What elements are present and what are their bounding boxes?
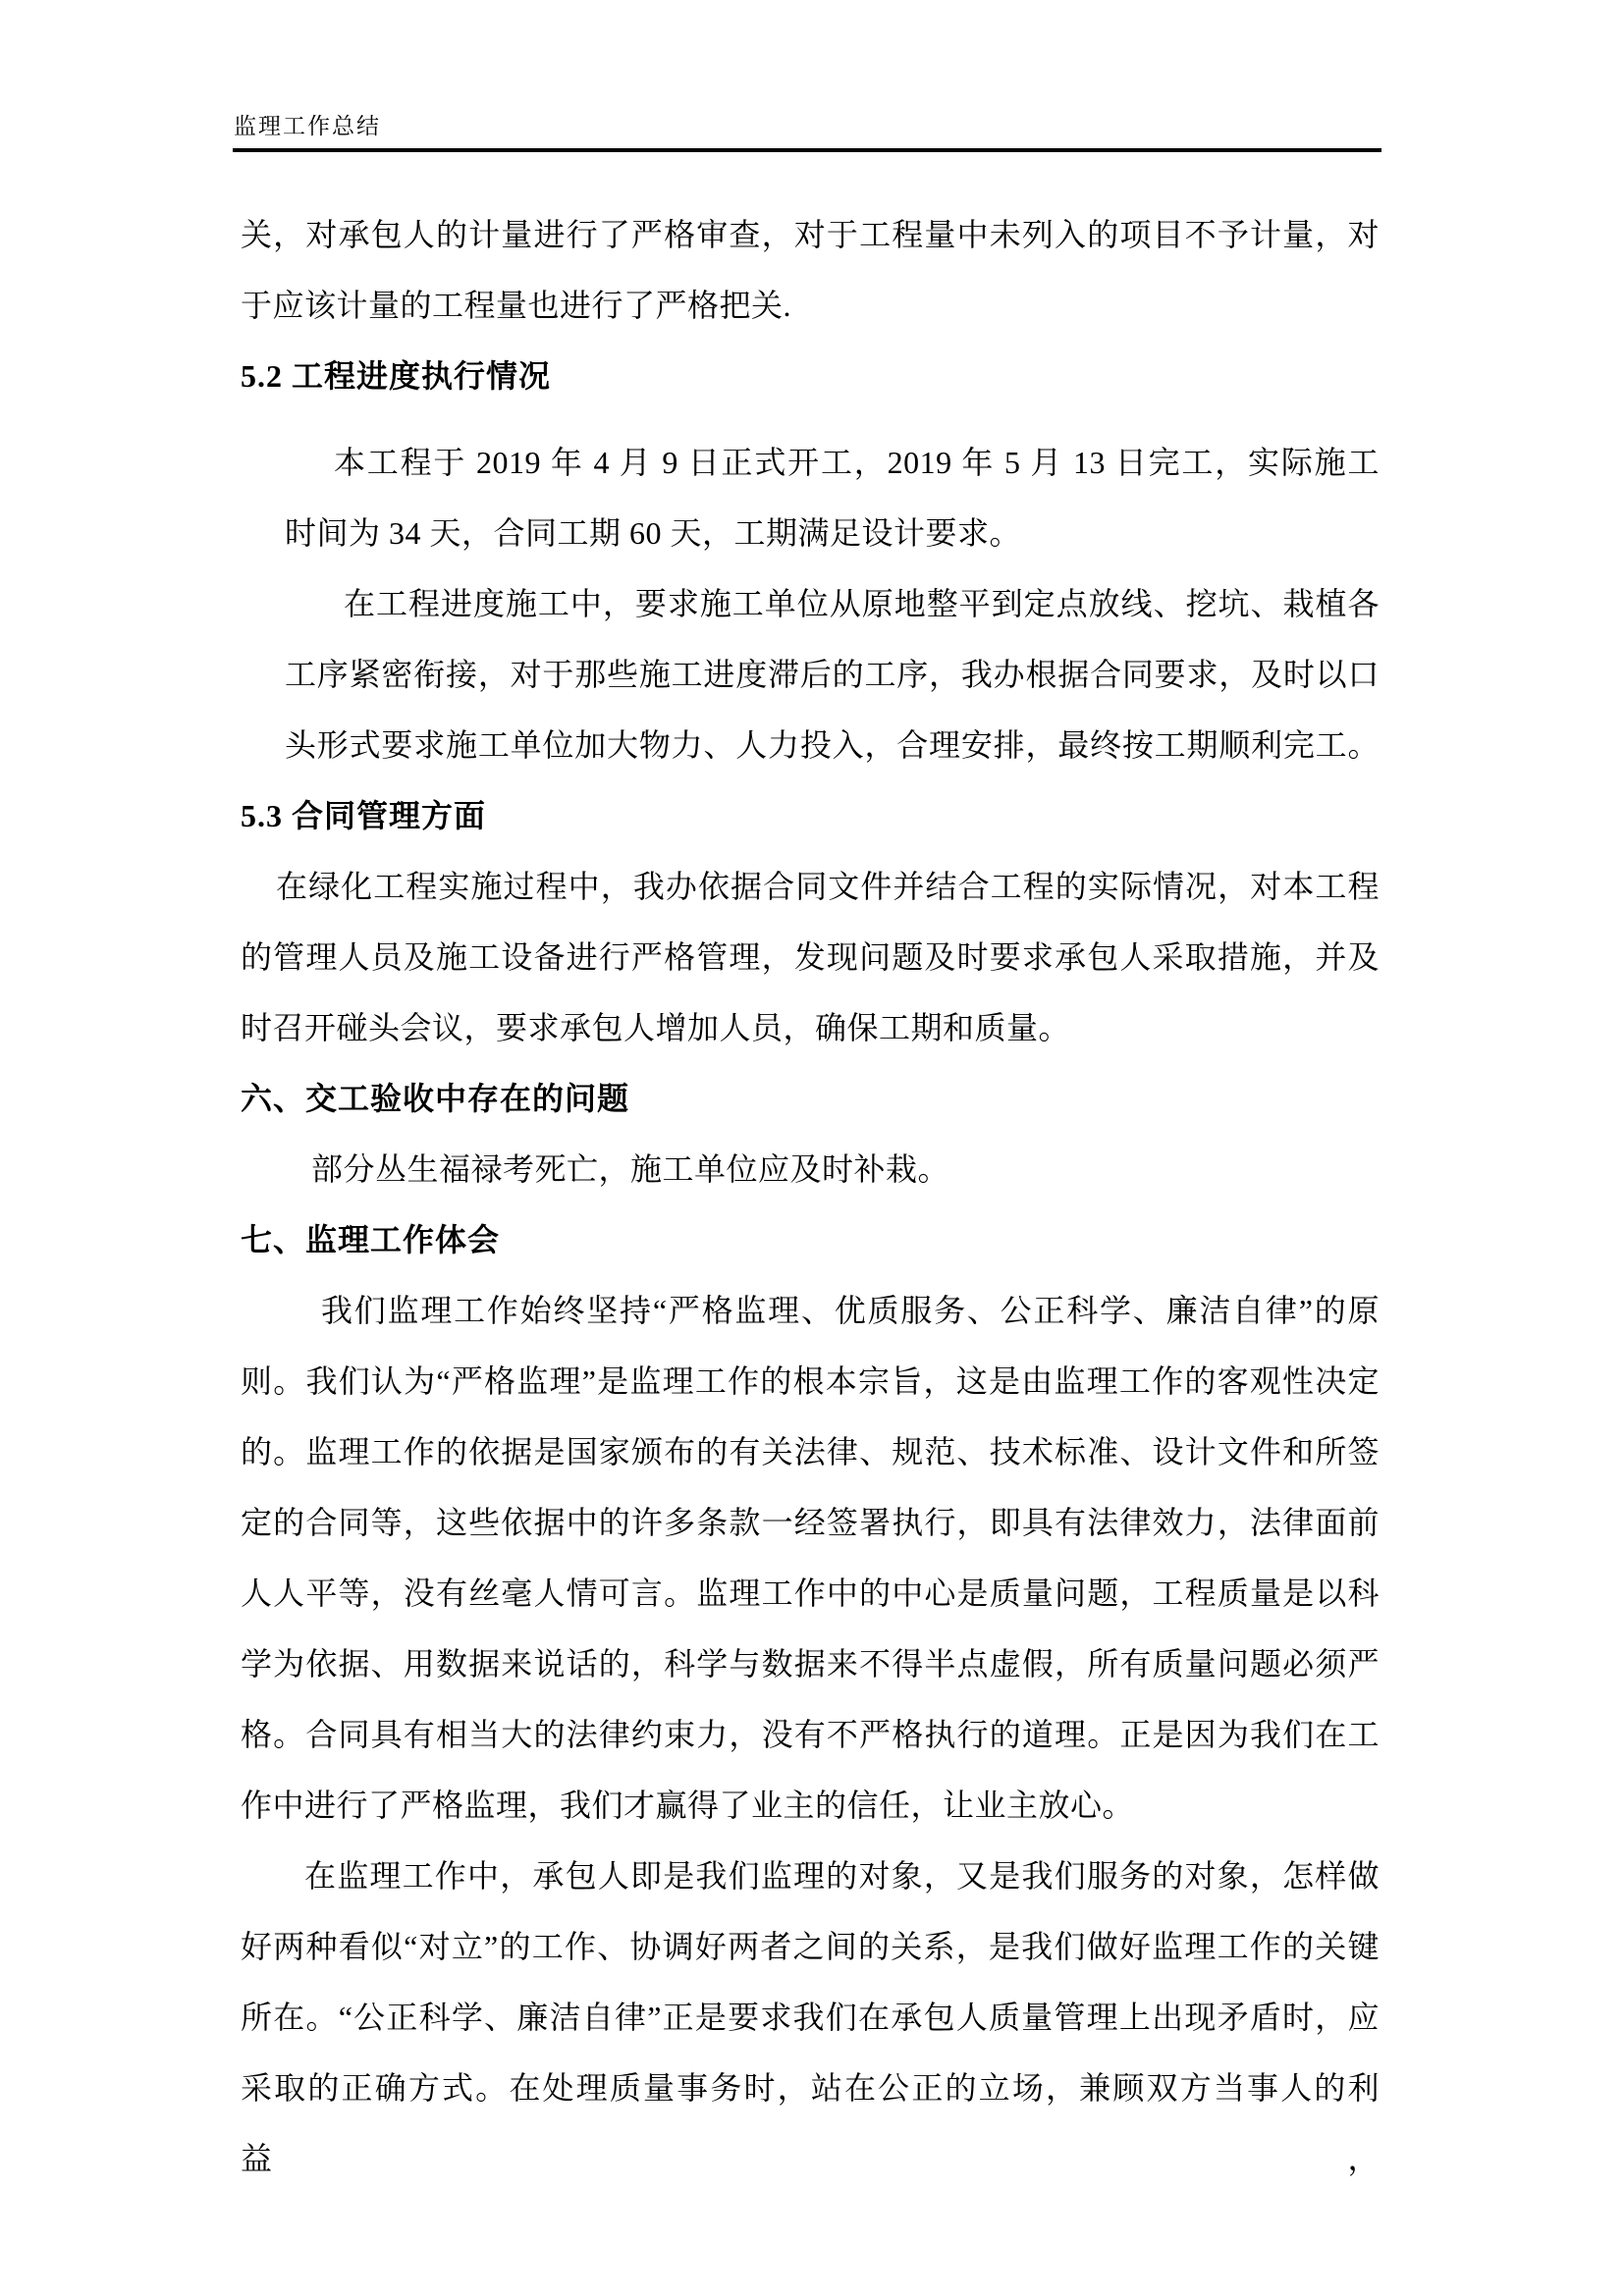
section-heading: 5.2 工程进度执行情况 <box>241 341 1380 411</box>
text-line: 于应该计量的工程量也进行了严格把关. <box>241 270 1380 341</box>
paragraph: 在工程进度施工中，要求施工单位从原地整平到定点放线、挖坑、栽植各工序紧密衔接，对… <box>241 568 1380 780</box>
document-body: 关，对承包人的计量进行了严格审查，对于工程量中未列入的项目不予计量，对于应该计量… <box>241 199 1380 2123</box>
text-line: 的。监理工作的依据是国家颁布的有关法律、规范、技术标准、设计文件和所签 <box>241 1416 1380 1487</box>
text-line: 在监理工作中，承包人即是我们监理的对象，又是我们服务的对象，怎样做 <box>304 1841 1380 1911</box>
heading-line: 5.2 工程进度执行情况 <box>241 341 1380 411</box>
heading-line: 5.3 合同管理方面 <box>241 780 1380 851</box>
text-line: 则。我们认为“严格监理”是监理工作的根本宗旨，这是由监理工作的客观性决定 <box>241 1346 1380 1416</box>
text-line: 部分丛生福禄考死亡，施工单位应及时补栽。 <box>311 1134 1380 1204</box>
text-line: 头形式要求施工单位加大物力、人力投入，合理安排，最终按工期顺利完工。 <box>285 710 1380 780</box>
text-line: 的管理人员及施工设备进行严格管理，发现问题及时要求承包人采取措施，并及 <box>241 922 1380 992</box>
text-line: 所在。“公正科学、廉洁自律”正是要求我们在承包人质量管理上出现矛盾时，应 <box>241 1982 1380 2053</box>
paragraph: 本工程于 2019 年 4 月 9 日正式开工，2019 年 5 月 13 日完… <box>241 427 1380 568</box>
text-line: 采取的正确方式。在处理质量事务时，站在公正的立场，兼顾双方当事人的利益， <box>241 2053 1380 2123</box>
heading-line: 六、交工验收中存在的问题 <box>241 1063 1380 1134</box>
text-line: 本工程于 2019 年 4 月 9 日正式开工，2019 年 5 月 13 日完… <box>334 427 1380 498</box>
text-line: 作中进行了严格监理，我们才赢得了业主的信任，让业主放心。 <box>241 1770 1380 1841</box>
paragraph: 部分丛生福禄考死亡，施工单位应及时补栽。 <box>241 1134 1380 1204</box>
paragraph: 在监理工作中，承包人即是我们监理的对象，又是我们服务的对象，怎样做好两种看似“对… <box>241 1841 1380 2123</box>
paragraph: 我们监理工作始终坚持“严格监理、优质服务、公正科学、廉洁自律”的原则。我们认为“… <box>241 1275 1380 1841</box>
heading-line: 七、监理工作体会 <box>241 1204 1380 1275</box>
text-line: 学为依据、用数据来说话的，科学与数据来不得半点虚假，所有质量问题必须严 <box>241 1629 1380 1699</box>
paragraph: 在绿化工程实施过程中，我办依据合同文件并结合工程的实际情况，对本工程的管理人员及… <box>241 851 1380 1063</box>
section-heading: 七、监理工作体会 <box>241 1204 1380 1275</box>
text-line: 工序紧密衔接，对于那些施工进度滞后的工序，我办根据合同要求，及时以口 <box>285 639 1380 710</box>
text-line: 人人平等，没有丝毫人情可言。监理工作中的中心是质量问题，工程质量是以科 <box>241 1558 1380 1629</box>
text-line: 在绿化工程实施过程中，我办依据合同文件并结合工程的实际情况，对本工程 <box>276 851 1380 922</box>
running-header-title: 监理工作总结 <box>234 108 381 140</box>
section-heading: 六、交工验收中存在的问题 <box>241 1063 1380 1134</box>
section-heading: 5.3 合同管理方面 <box>241 780 1380 851</box>
text-line: 关，对承包人的计量进行了严格审查，对于工程量中未列入的项目不予计量，对 <box>241 199 1380 270</box>
header-rule <box>233 148 1381 152</box>
text-line: 我们监理工作始终坚持“严格监理、优质服务、公正科学、廉洁自律”的原 <box>321 1275 1380 1346</box>
text-line: 时召开碰头会议，要求承包人增加人员，确保工期和质量。 <box>241 992 1380 1063</box>
text-line: 格。合同具有相当大的法律约束力，没有不严格执行的道理。正是因为我们在工 <box>241 1699 1380 1770</box>
document-page: 监理工作总结 关，对承包人的计量进行了严格审查，对于工程量中未列入的项目不予计量… <box>0 0 1624 2296</box>
text-line: 好两种看似“对立”的工作、协调好两者之间的关系，是我们做好监理工作的关键 <box>241 1911 1380 1982</box>
paragraph: 关，对承包人的计量进行了严格审查，对于工程量中未列入的项目不予计量，对于应该计量… <box>241 199 1380 341</box>
text-line: 定的合同等，这些依据中的许多条款一经签署执行，即具有法律效力，法律面前 <box>241 1487 1380 1558</box>
text-line: 在工程进度施工中，要求施工单位从原地整平到定点放线、挖坑、栽植各 <box>344 568 1380 639</box>
text-line: 时间为 34 天，合同工期 60 天，工期满足设计要求。 <box>285 498 1380 568</box>
